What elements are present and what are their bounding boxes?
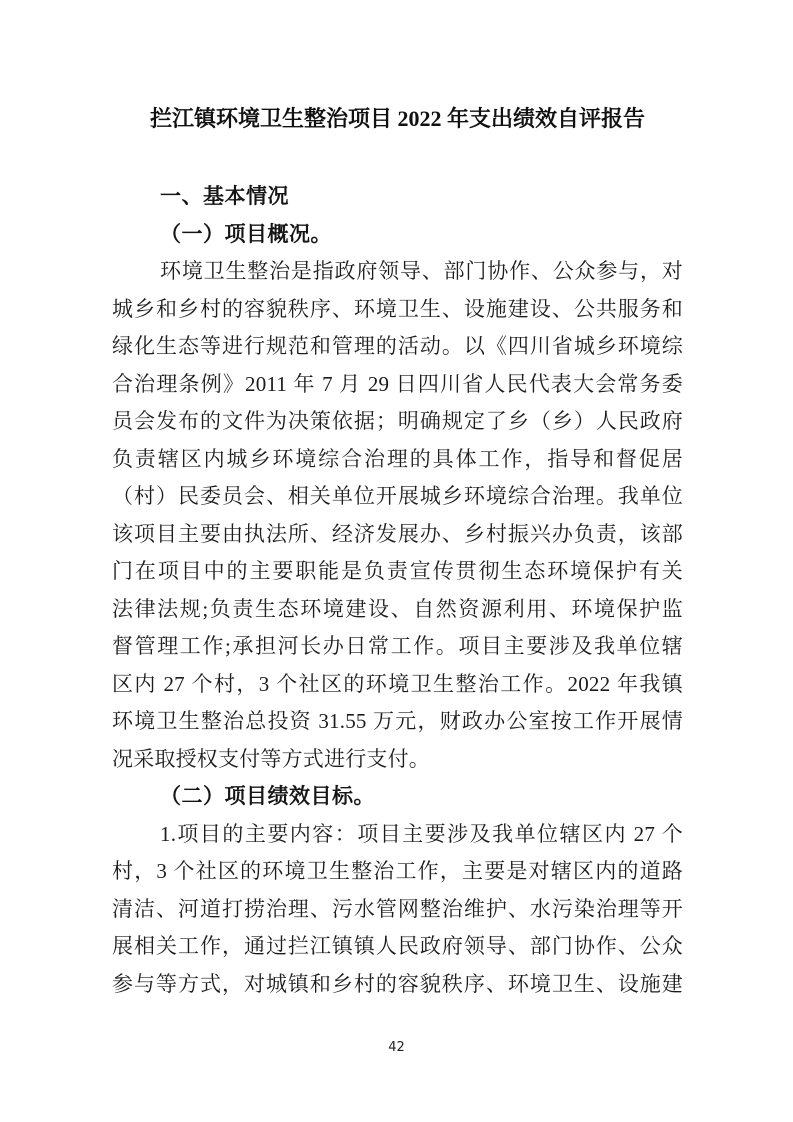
text-line: 该项目主要由执法所、经济发展办、乡村振兴办负责，该部 (112, 516, 683, 554)
text-line: 负责辖区内城乡环境综合治理的具体工作，指导和督促居 (112, 441, 683, 479)
document-title: 拦江镇环境卫生整治项目 2022 年支出绩效自评报告 (112, 100, 683, 138)
text-line: 区内 27 个村，3 个社区的环境卫生整治工作。2022 年我镇 (112, 666, 683, 704)
text-line: 况采取授权支付等方式进行支付。 (112, 741, 683, 779)
page-number: 42 (0, 1040, 793, 1055)
text-line: 清洁、河道打捞治理、污水管网整治维护、水污染治理等开 (112, 891, 683, 929)
text-line: 城乡和乡村的容貌秩序、环境卫生、设施建设、公共服务和 (112, 291, 683, 329)
text-line: 合治理条例》2011 年 7 月 29 日四川省人民代表大会常务委 (112, 366, 683, 404)
subsection-heading-project-overview: （一）项目概况。 (112, 216, 683, 254)
text-line: 1.项目的主要内容：项目主要涉及我单位辖区内 27 个 (112, 816, 683, 854)
document-body: 一、基本情况（一）项目概况。环境卫生整治是指政府领导、部门协作、公众参与，对城乡… (112, 178, 683, 1003)
section-heading-basic-situation: 一、基本情况 (112, 178, 683, 216)
text-line: 员会发布的文件为决策依据；明确规定了乡（乡）人民政府 (112, 403, 683, 441)
text-line: 村，3 个社区的环境卫生整治工作，主要是对辖区内的道路 (112, 853, 683, 891)
text-line: 展相关工作，通过拦江镇镇人民政府领导、部门协作、公众 (112, 928, 683, 966)
text-line: 法律法规;负责生态环境建设、自然资源利用、环境保护监 (112, 591, 683, 629)
text-line: 参与等方式，对城镇和乡村的容貌秩序、环境卫生、设施建 (112, 966, 683, 1004)
text-line: 门在项目中的主要职能是负责宣传贯彻生态环境保护有关 (112, 553, 683, 591)
document-content: 拦江镇环境卫生整治项目 2022 年支出绩效自评报告 一、基本情况（一）项目概况… (112, 100, 683, 1003)
paragraph-project-overview: 环境卫生整治是指政府领导、部门协作、公众参与，对城乡和乡村的容貌秩序、环境卫生、… (112, 253, 683, 778)
text-line: 督管理工作;承担河长办日常工作。项目主要涉及我单位辖 (112, 628, 683, 666)
text-line: 环境卫生整治总投资 31.55 万元，财政办公室按工作开展情 (112, 703, 683, 741)
paragraph-performance-goals: 1.项目的主要内容：项目主要涉及我单位辖区内 27 个村，3 个社区的环境卫生整… (112, 816, 683, 1004)
text-line: 环境卫生整治是指政府领导、部门协作、公众参与，对 (112, 253, 683, 291)
text-line: （村）民委员会、相关单位开展城乡环境综合治理。我单位 (112, 478, 683, 516)
document-page: 拦江镇环境卫生整治项目 2022 年支出绩效自评报告 一、基本情况（一）项目概况… (0, 0, 793, 1122)
text-line: 绿化生态等进行规范和管理的活动。以《四川省城乡环境综 (112, 328, 683, 366)
subsection-heading-performance-goals: （二）项目绩效目标。 (112, 778, 683, 816)
